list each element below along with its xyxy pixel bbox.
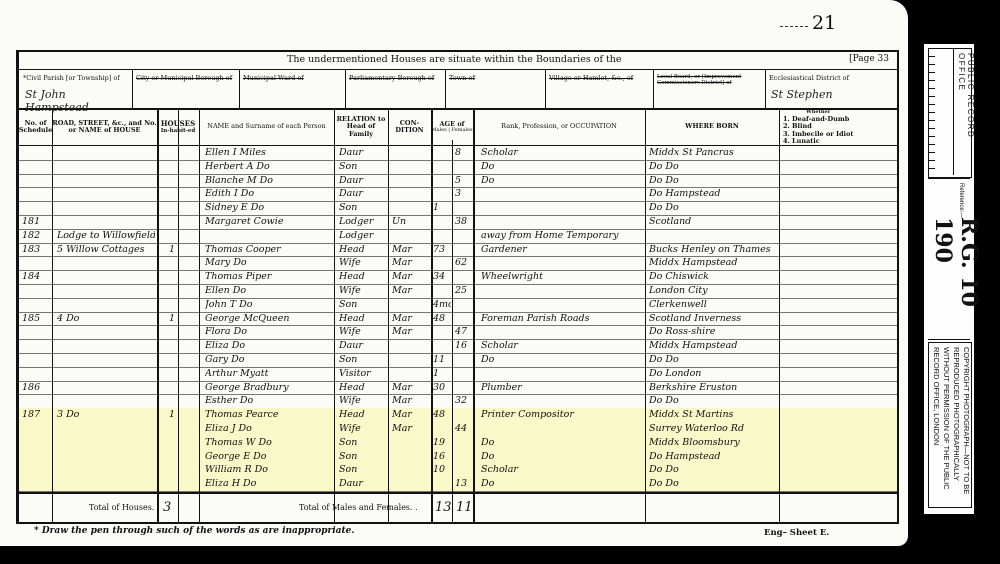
cell-address: Lodge to Willowfield	[57, 229, 155, 242]
table-row: Esther DoWifeMar32Do Do	[19, 394, 897, 409]
cell-schedule: 186	[22, 381, 50, 394]
cell-birthplace: Do London	[649, 367, 777, 380]
cell-birthplace: Do Ross-shire	[649, 325, 777, 338]
census-page: 21 The undermentioned Houses are situate…	[0, 0, 908, 546]
cell-male-age: 34	[433, 270, 451, 283]
cell-name: Esther Do	[205, 394, 331, 407]
cell-address: 4 Do	[57, 312, 155, 325]
cell-schedule: 183	[22, 243, 50, 256]
ecclesiastical-district-field: Ecclesiastical District of St Stephen	[765, 70, 897, 108]
cell-name: Arthur Myatt	[205, 367, 331, 380]
col-infirmity: Whether 1. Deaf-and-Dumb 2. Blind 3. Imb…	[779, 109, 897, 145]
cell-name: Mary Do	[205, 256, 331, 269]
cell-inhabited: 1	[169, 312, 177, 325]
cell-birthplace: Middx St Pancras	[649, 146, 777, 159]
cell-relation: Wife	[339, 394, 385, 407]
cell-male-age: 30	[433, 381, 451, 394]
cell-relation: Wife	[339, 325, 385, 338]
cell-occupation: Do	[481, 174, 641, 187]
cell-male-age: 4mo	[433, 298, 451, 311]
cell-relation: Son	[339, 298, 385, 311]
cell-condition: Un	[392, 215, 428, 228]
divider	[452, 140, 453, 522]
village-field: Village or Hamlet, &c., of	[545, 70, 654, 108]
cell-condition: Mar	[392, 422, 428, 435]
cell-female-age: 8	[455, 146, 472, 159]
cell-male-age: 11	[433, 353, 451, 366]
parliamentary-borough-field: Parliamentary Borough of	[345, 70, 446, 108]
table-row: Eliza DoDaur16ScholarMiddx Hampstead	[19, 339, 897, 354]
table-row: Arthur MyattVisitor1Do London	[19, 367, 897, 382]
reference-label: Reference:—	[958, 183, 964, 218]
col-occupation: Rank, Profession, or OCCUPATION	[473, 109, 646, 145]
cell-female-age: 5	[455, 174, 472, 187]
sheet-code: Eng– Sheet E.	[764, 528, 829, 538]
cell-female-age: 13	[455, 477, 472, 490]
cell-condition: Mar	[392, 284, 428, 297]
cell-birthplace: Middx Bloomsbury	[649, 436, 777, 449]
copyright-notice: COPYRIGHT PHOTOGRAPH—NOT TO BE REPRODUCE…	[931, 347, 971, 503]
cell-condition: Mar	[392, 408, 428, 421]
cell-birthplace: Bucks Henley on Thames	[649, 243, 777, 256]
cell-female-age: 47	[455, 325, 472, 338]
table-row: Eliza J DoWifeMar44Surrey Waterloo Rd	[19, 422, 897, 437]
table-row: 181Margaret CowieLodgerUn38Scotland	[19, 215, 897, 230]
cell-occupation: Scholar	[481, 463, 641, 476]
cell-female-age: 25	[455, 284, 472, 297]
table-row: Gary DoSon11DoDo Do	[19, 353, 897, 368]
cell-male-age: 10	[433, 463, 451, 476]
page-label: [Page 33	[849, 54, 889, 64]
copyright-box: COPYRIGHT PHOTOGRAPH—NOT TO BE REPRODUCE…	[928, 342, 972, 508]
cell-name: Margaret Cowie	[205, 215, 331, 228]
table-row: Ellen I MilesDaur8ScholarMiddx St Pancra…	[19, 146, 897, 161]
cell-male-age: 16	[433, 450, 451, 463]
divider	[779, 109, 780, 522]
cell-relation: Wife	[339, 284, 385, 297]
cell-relation: Head	[339, 381, 385, 394]
boundary-heading: The undermentioned Houses are situate wi…	[19, 52, 897, 70]
cell-relation: Head	[339, 243, 385, 256]
cell-condition: Mar	[392, 394, 428, 407]
cell-birthplace: Clerkenwell	[649, 298, 777, 311]
cell-male-age: 73	[433, 243, 451, 256]
cell-name: Gary Do	[205, 353, 331, 366]
local-board-field: Local Board, or [Improvement Commissione…	[653, 70, 766, 108]
office-name: PUBLIC RECORD OFFICE	[957, 53, 975, 177]
cell-female-age: 32	[455, 394, 472, 407]
cell-occupation: Plumber	[481, 381, 641, 394]
municipal-ward-field: Municipal Ward of	[239, 70, 346, 108]
table-row: Herbert A DoSonDoDo Do	[19, 160, 897, 175]
cell-birthplace: Do Do	[649, 463, 777, 476]
cell-name: John T Do	[205, 298, 331, 311]
cell-schedule: 185	[22, 312, 50, 325]
divider	[199, 109, 200, 522]
folio-leader	[780, 26, 808, 27]
col-condition: CON-DITION	[388, 109, 432, 145]
cell-birthplace: Surrey Waterloo Rd	[649, 422, 777, 435]
cell-schedule: 182	[22, 229, 50, 242]
cell-relation: Wife	[339, 256, 385, 269]
town-field: Town of	[445, 70, 546, 108]
column-headers: No. of Schedule ROAD, STREET, &c., and N…	[19, 109, 897, 146]
cell-relation: Daur	[339, 146, 385, 159]
divider	[645, 109, 646, 522]
table-row: Mary DoWifeMar62Middx Hampstead	[19, 256, 897, 271]
cell-occupation: Do	[481, 477, 641, 490]
table-row: John T DoSon4moClerkenwell	[19, 298, 897, 313]
cell-relation: Daur	[339, 477, 385, 490]
col-address: ROAD, STREET, &c., and No. or NAME of HO…	[52, 109, 158, 145]
cell-name: Ellen Do	[205, 284, 331, 297]
cell-relation: Daur	[339, 174, 385, 187]
divider	[334, 109, 335, 522]
cell-occupation: Printer Compositor	[481, 408, 641, 421]
cell-relation: Son	[339, 160, 385, 173]
cell-occupation: Foreman Parish Roads	[481, 312, 641, 325]
cell-male-age: 48	[433, 312, 451, 325]
table-row: Ellen DoWifeMar25London City	[19, 284, 897, 299]
divider	[52, 109, 53, 522]
cell-relation: Lodger	[339, 229, 385, 242]
table-row: 184Thomas PiperHeadMar34WheelwrightDo Ch…	[19, 270, 897, 285]
cell-occupation: Wheelwright	[481, 270, 641, 283]
cell-occupation: Scholar	[481, 339, 641, 352]
cell-name: Eliza H Do	[205, 477, 331, 490]
cell-address: 3 Do	[57, 408, 155, 421]
cell-name: Eliza J Do	[205, 422, 331, 435]
total-females: 11	[456, 500, 473, 515]
cell-name: George E Do	[205, 450, 331, 463]
total-males: 13	[435, 500, 452, 515]
ruler-scale	[929, 49, 954, 175]
cell-inhabited: 1	[169, 408, 177, 421]
cell-birthplace: Scotland Inverness	[649, 312, 777, 325]
cell-occupation: Do	[481, 436, 641, 449]
divider	[178, 109, 179, 522]
table-row: Sidney E DoSon1Do Do	[19, 201, 897, 216]
table-row: 186George BradburyHeadMar30PlumberBerksh…	[19, 381, 897, 396]
divider	[473, 109, 475, 522]
cell-birthplace: Middx St Martins	[649, 408, 777, 421]
folio-number: 21	[812, 12, 836, 34]
cell-birthplace: Berkshire Eruston	[649, 381, 777, 394]
cell-relation: Head	[339, 408, 385, 421]
cell-address: 5 Willow Cottages	[57, 243, 155, 256]
cell-relation: Head	[339, 312, 385, 325]
census-sheet: The undermentioned Houses are situate wi…	[16, 50, 899, 524]
cell-relation: Son	[339, 463, 385, 476]
table-row: Edith I DoDaur3Do Hampstead	[19, 187, 897, 202]
total-persons-label: Total of Males and Females. .	[299, 503, 418, 512]
cell-relation: Wife	[339, 422, 385, 435]
cell-schedule: 187	[22, 408, 50, 421]
cell-occupation: Scholar	[481, 146, 641, 159]
cell-condition: Mar	[392, 243, 428, 256]
cell-occupation: away from Home Temporary	[481, 229, 641, 242]
cell-name: George McQueen	[205, 312, 331, 325]
table-row: 1835 Willow Cottages1Thomas CooperHeadMa…	[19, 243, 897, 258]
cell-birthplace: Do Do	[649, 160, 777, 173]
cell-birthplace: London City	[649, 284, 777, 297]
cell-birthplace: Do Do	[649, 394, 777, 407]
cell-female-age: 38	[455, 215, 472, 228]
cell-relation: Daur	[339, 187, 385, 200]
cell-name: Thomas W Do	[205, 436, 331, 449]
col-name: NAME and Surname of each Person	[199, 109, 335, 145]
footnote: * Draw the pen through such of the words…	[34, 526, 355, 536]
cell-birthplace: Do Hampstead	[649, 450, 777, 463]
table-row: 1854 Do1George McQueenHeadMar48Foreman P…	[19, 312, 897, 327]
cell-schedule: 181	[22, 215, 50, 228]
cell-birthplace: Middx Hampstead	[649, 256, 777, 269]
cell-schedule: 184	[22, 270, 50, 283]
district-fields: *Civil Parish [or Township] of St John H…	[19, 70, 897, 110]
cell-female-age: 3	[455, 187, 472, 200]
cell-male-age: 1	[433, 367, 451, 380]
cell-birthplace: Do Do	[649, 353, 777, 366]
cell-relation: Son	[339, 436, 385, 449]
cell-name: George Bradbury	[205, 381, 331, 394]
cell-birthplace: Do Chiswick	[649, 270, 777, 283]
table-row: 182Lodge to WillowfieldLodgeraway from H…	[19, 229, 897, 244]
cell-name: Herbert A Do	[205, 160, 331, 173]
col-schedule: No. of Schedule	[19, 109, 53, 145]
divider	[388, 109, 389, 522]
cell-relation: Son	[339, 450, 385, 463]
cell-relation: Head	[339, 270, 385, 283]
municipal-borough-field: City or Municipal Borough of	[132, 70, 240, 108]
cell-condition: Mar	[392, 312, 428, 325]
archive-reference-label: PUBLIC RECORD OFFICE Reference:— R.G. 10…	[924, 44, 974, 514]
cell-condition: Mar	[392, 256, 428, 269]
cell-relation: Daur	[339, 339, 385, 352]
cell-female-age: 16	[455, 339, 472, 352]
table-row: 1873 Do1Thomas PearceHeadMar48Printer Co…	[19, 408, 897, 423]
cell-male-age: 48	[433, 408, 451, 421]
cell-male-age: 1	[433, 201, 451, 214]
cell-condition: Mar	[392, 325, 428, 338]
cell-relation: Son	[339, 201, 385, 214]
cell-name: Eliza Do	[205, 339, 331, 352]
cell-condition: Mar	[392, 270, 428, 283]
table-row: William R DoSon10ScholarDo Do	[19, 463, 897, 478]
cell-occupation: Do	[481, 450, 641, 463]
cell-relation: Visitor	[339, 367, 385, 380]
cell-inhabited: 1	[169, 243, 177, 256]
cell-occupation: Do	[481, 353, 641, 366]
table-row: Eliza H DoDaur13DoDo Do	[19, 477, 897, 492]
cell-relation: Son	[339, 353, 385, 366]
cell-occupation: Gardener	[481, 243, 641, 256]
cell-birthplace: Do Do	[649, 201, 777, 214]
divider	[157, 109, 159, 522]
cell-female-age: 44	[455, 422, 472, 435]
cell-female-age: 62	[455, 256, 472, 269]
cell-birthplace: Do Do	[649, 477, 777, 490]
table-row: Blanche M DoDaur5DoDo Do	[19, 174, 897, 189]
total-houses-value: 3	[163, 500, 171, 515]
cell-name: Edith I Do	[205, 187, 331, 200]
cell-occupation: Do	[481, 160, 641, 173]
cell-name: Sidney E Do	[205, 201, 331, 214]
cell-name: Flora Do	[205, 325, 331, 338]
cell-relation: Lodger	[339, 215, 385, 228]
cell-birthplace: Scotland	[649, 215, 777, 228]
cell-condition: Mar	[392, 381, 428, 394]
cell-birthplace: Do Hampstead	[649, 187, 777, 200]
cell-name: Thomas Piper	[205, 270, 331, 283]
table-row: George E DoSon16DoDo Hampstead	[19, 450, 897, 465]
table-row: Flora DoWifeMar47Do Ross-shire	[19, 325, 897, 340]
cell-name: Ellen I Miles	[205, 146, 331, 159]
cell-birthplace: Do Do	[649, 174, 777, 187]
cell-birthplace: Middx Hampstead	[649, 339, 777, 352]
cell-name: Thomas Cooper	[205, 243, 331, 256]
civil-parish-field: *Civil Parish [or Township] of St John H…	[19, 70, 133, 108]
col-birthplace: WHERE BORN	[645, 109, 780, 145]
table-row: Thomas W DoSon19DoMiddx Bloomsbury	[19, 436, 897, 451]
heading-text: The undermentioned Houses are situate wi…	[287, 54, 622, 65]
cell-name: William R Do	[205, 463, 331, 476]
cell-name: Thomas Pearce	[205, 408, 331, 421]
divider	[431, 109, 433, 522]
cell-name: Blanche M Do	[205, 174, 331, 187]
reference-box: Reference:— R.G. 10 190	[928, 178, 970, 340]
office-scale-box: PUBLIC RECORD OFFICE	[928, 48, 972, 178]
cell-male-age: 19	[433, 436, 451, 449]
total-houses-label: Total of Houses. .	[89, 503, 159, 512]
totals-row: Total of Houses. . 3 Total of Males and …	[19, 492, 897, 522]
col-relation: RELATION to Head of Family	[334, 109, 389, 145]
reference-code: R.G. 10 190	[930, 217, 982, 339]
